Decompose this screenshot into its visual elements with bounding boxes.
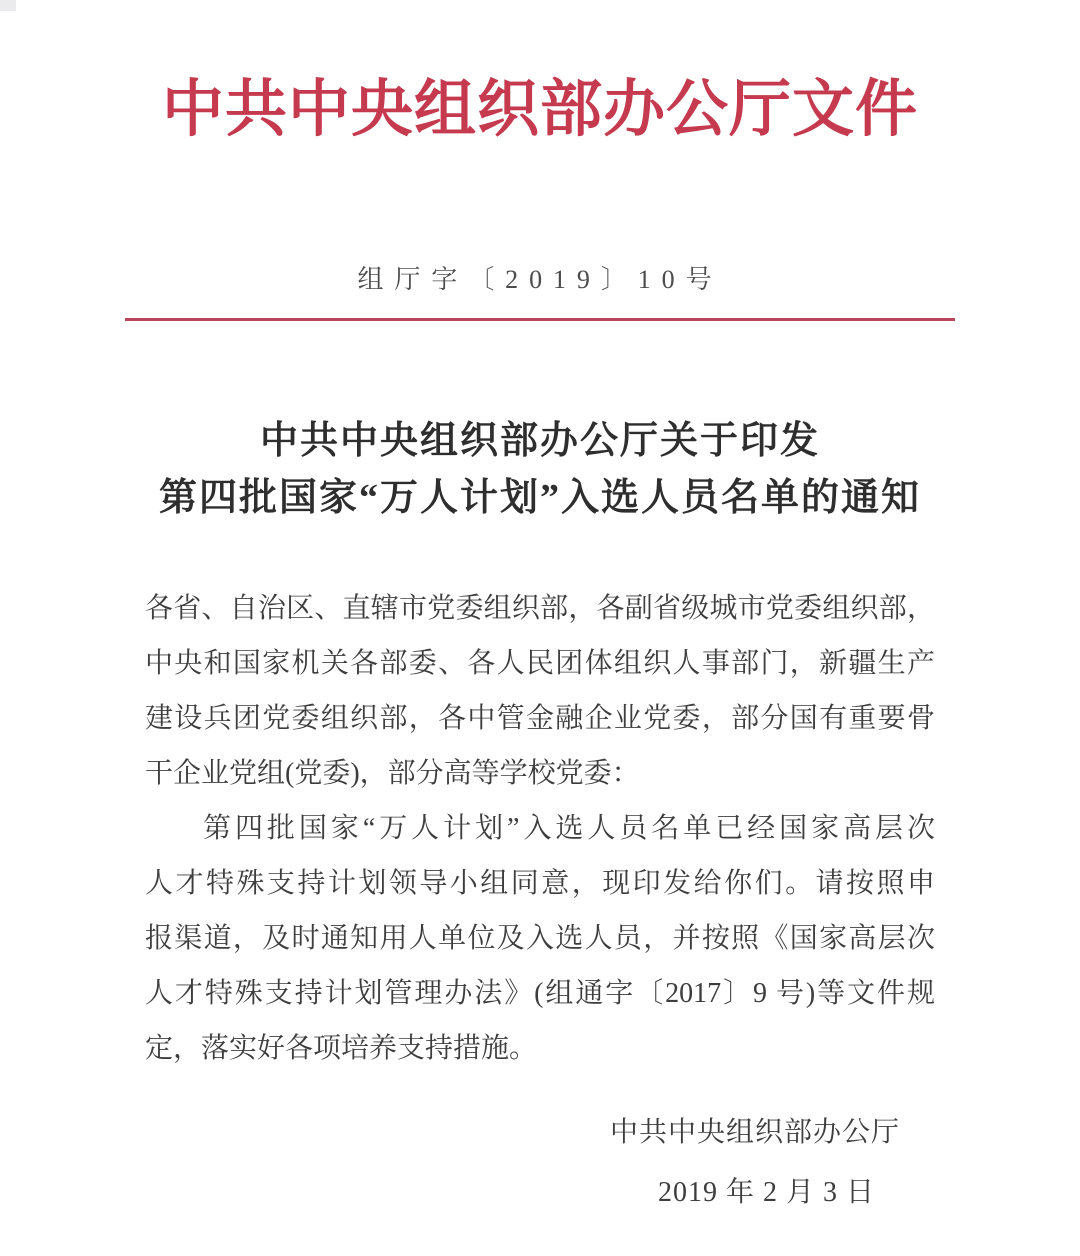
document-body: 各省、自治区、直辖市党委组织部，各副省级城市党委组织部， 中央和国家机关各部委、… (145, 581, 935, 1076)
signature-block: 中共中央组织部办公厅 2019 年 2 月 3 日 (0, 1108, 1080, 1218)
scan-artifact (0, 0, 16, 11)
title-line-1: 中共中央组织部办公厅关于印发 (0, 413, 1080, 470)
body-line: 干企业党组(党委)，部分高等学校党委： (145, 746, 935, 801)
body-line: 建设兵团党委组织部，各中管金融企业党委，部分国有重要骨 (145, 691, 935, 746)
paragraph-recipients: 各省、自治区、直辖市党委组织部，各副省级城市党委组织部， 中央和国家机关各部委、… (145, 581, 935, 801)
body-line: 人才特殊支持计划管理办法》(组通字〔2017〕9 号)等文件规 (145, 966, 935, 1021)
body-line: 中央和国家机关各部委、各人民团体组织人事部门，新疆生产 (145, 636, 935, 691)
body-line: 各省、自治区、直辖市党委组织部，各副省级城市党委组织部， (145, 581, 935, 636)
signature-date: 2019 年 2 月 3 日 (0, 1168, 875, 1218)
body-line: 第四批国家“万人计划”入选人员名单已经国家高层次 (145, 801, 935, 856)
doc-number: 组厅字〔2019〕10号 (0, 263, 1080, 297)
paragraph-notice: 第四批国家“万人计划”入选人员名单已经国家高层次 人才特殊支持计划领导小组同意，… (145, 801, 935, 1076)
body-line: 定，落实好各项培养支持措施。 (145, 1021, 935, 1076)
body-line: 人才特殊支持计划领导小组同意，现印发给你们。请按照申 (145, 856, 935, 911)
document-page: 中共中央组织部办公厅文件 组厅字〔2019〕10号 中共中央组织部办公厅关于印发… (0, 0, 1080, 1256)
body-line: 报渠道，及时通知用人单位及入选人员，并按照《国家高层次 (145, 911, 935, 966)
title-line-2: 第四批国家“万人计划”入选人员名单的通知 (0, 470, 1080, 527)
document-title: 中共中央组织部办公厅关于印发 第四批国家“万人计划”入选人员名单的通知 (0, 413, 1080, 527)
signature-org: 中共中央组织部办公厅 (0, 1108, 900, 1158)
red-divider (125, 318, 955, 321)
document-header: 中共中央组织部办公厅文件 (0, 70, 1080, 151)
